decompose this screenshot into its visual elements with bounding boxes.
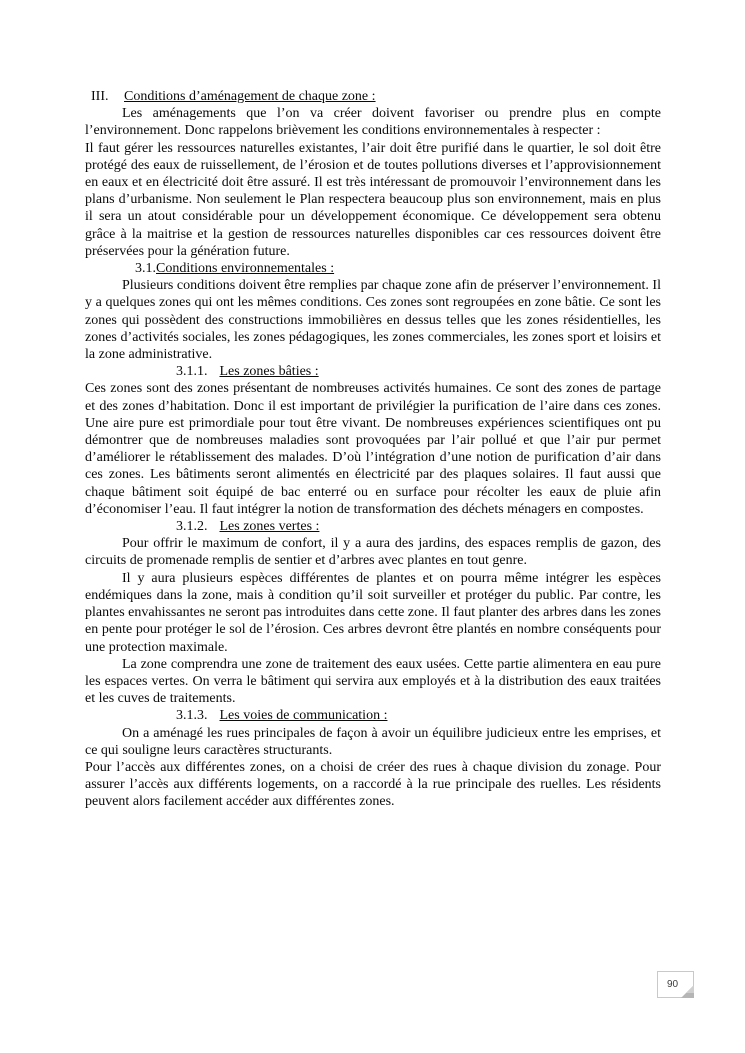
section-3-1-2-heading: 3.1.2.Les zones vertes : xyxy=(85,518,661,535)
main-heading: III.Conditions d’aménagement de chaque z… xyxy=(85,88,661,105)
section-3-1-heading: 3.1.Conditions environnementales : xyxy=(85,260,661,277)
section-3-1-3-paragraph-1: On a aménagé les rues principales de faç… xyxy=(85,725,661,759)
section-3-1-number: 3.1. xyxy=(135,261,156,276)
main-heading-numeral: III. xyxy=(85,88,124,105)
section-3-1-3-number: 3.1.3. xyxy=(176,708,208,723)
section-3-1-2-paragraph-3: La zone comprendra une zone de traitemen… xyxy=(85,656,661,708)
section-3-1-1-heading: 3.1.1.Les zones bâties : xyxy=(85,363,661,380)
section-3-1-1-paragraph-1: Ces zones sont des zones présentant de n… xyxy=(85,380,661,518)
section-3-1-1-number: 3.1.1. xyxy=(176,364,208,379)
document-page: III.Conditions d’aménagement de chaque z… xyxy=(0,0,745,1053)
section-3-1-paragraph-1: Plusieurs conditions doivent être rempli… xyxy=(85,277,661,363)
section-3-1-2-number: 3.1.2. xyxy=(176,519,208,534)
section-3-1-3-title: Les voies de communication : xyxy=(220,708,388,723)
section-3-1-3-heading: 3.1.3.Les voies de communication : xyxy=(85,707,661,724)
section-3-1-2-paragraph-2: Il y aura plusieurs espèces différentes … xyxy=(85,570,661,656)
section-3-1-1-title: Les zones bâties : xyxy=(220,364,319,379)
page-number-fold-icon xyxy=(680,985,695,999)
section-3-1-2-title: Les zones vertes : xyxy=(220,519,320,534)
document-body: III.Conditions d’aménagement de chaque z… xyxy=(85,88,661,811)
section-3-1-2-paragraph-1: Pour offrir le maximum de confort, il y … xyxy=(85,535,661,569)
section-3-1-3-paragraph-2: Pour l’accès aux différentes zones, on a… xyxy=(85,759,661,811)
intro-paragraph-1: Les aménagements que l’on va créer doive… xyxy=(85,105,661,139)
main-heading-title: Conditions d’aménagement de chaque zone … xyxy=(124,89,376,104)
page-number-box: 90 xyxy=(657,971,694,998)
section-3-1-title: Conditions environnementales : xyxy=(156,261,334,276)
intro-paragraph-2: Il faut gérer les ressources naturelles … xyxy=(85,140,661,260)
